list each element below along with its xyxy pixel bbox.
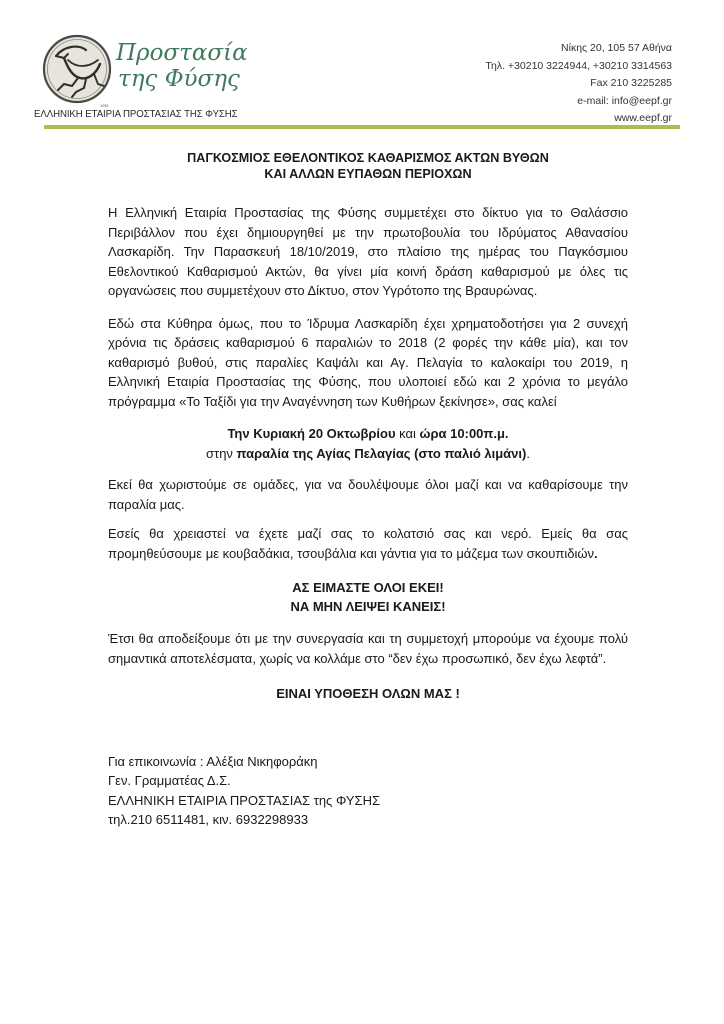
paragraph-intro: Η Ελληνική Εταιρία Προστασίας της Φύσης …	[108, 203, 628, 301]
event-at: στην	[206, 446, 237, 461]
slogan-line1: ΑΣ ΕΙΜΑΣΤΕ ΟΛΟΙ ΕΚΕΙ!	[108, 578, 628, 597]
contact-info: Νίκης 20, 105 57 Αθήνα Τηλ. +30210 32249…	[485, 40, 672, 128]
slogan-line2: ΝΑ ΜΗΝ ΛΕΙΨΕΙ ΚΑΝΕΙΣ!	[108, 597, 628, 616]
event-and: και	[396, 426, 420, 441]
letter-body: ΠΑΓΚΟΣΜΙΟΣ ΕΘΕΛΟΝΤΙΚΟΣ ΚΑΘΑΡΙΣΜΟΣ ΑΚΤΩΝ …	[108, 150, 628, 830]
paragraph-kythera: Εδώ στα Κύθηρα όμως, που το Ίδρυμα Λασκα…	[108, 314, 628, 412]
signature-phones: τηλ.210 6511481, κιν. 6932298933	[108, 810, 628, 830]
letterhead: 1951 Προστασία της Φύσης ΕΛΛΗΝΙΚΗ ΕΤΑΙΡΙ…	[34, 28, 694, 128]
paragraph-supplies: Εσείς θα χρειαστεί να έχετε μαζί σας το …	[108, 524, 628, 563]
supplies-end: .	[594, 546, 598, 561]
document-title: ΠΑΓΚΟΣΜΙΟΣ ΕΘΕΛΟΝΤΙΚΟΣ ΚΑΘΑΡΙΣΜΟΣ ΑΚΤΩΝ …	[108, 150, 628, 182]
event-details: Την Κυριακή 20 Οκτωβρίου και ώρα 10:00π.…	[108, 424, 628, 463]
signature-contact: Για επικοινωνία : Αλέξια Νικηφοράκη	[108, 752, 628, 772]
signature-block: Για επικοινωνία : Αλέξια Νικηφοράκη Γεν.…	[108, 752, 628, 830]
ibex-emblem-icon	[42, 34, 112, 104]
signature-role: Γεν. Γραμματέας Δ.Σ.	[108, 771, 628, 791]
address: Νίκης 20, 105 57 Αθήνα	[485, 40, 672, 58]
email-link[interactable]: e-mail: info@eepf.gr	[485, 93, 672, 111]
fax: Fax 210 3225285	[485, 75, 672, 93]
event-time: ώρα 10:00π.μ.	[420, 426, 509, 441]
closing-statement: ΕΙΝΑΙ ΥΠΟΘΕΣΗ ΟΛΩΝ ΜΑΣ !	[108, 684, 628, 704]
paragraph-groups: Εκεί θα χωριστούμε σε ομάδες, για να δου…	[108, 475, 628, 514]
logo-title-line2: της Φύσης	[116, 66, 248, 92]
slogan: ΑΣ ΕΙΜΑΣΤΕ ΟΛΟΙ ΕΚΕΙ! ΝΑ ΜΗΝ ΛΕΙΨΕΙ ΚΑΝΕ…	[108, 578, 628, 616]
title-line2: ΚΑΙ ΑΛΛΩΝ ΕΥΠΑΘΩΝ ΠΕΡΙΟΧΩΝ	[108, 166, 628, 182]
event-date: Την Κυριακή 20 Οκτωβρίου	[227, 426, 395, 441]
event-end: .	[526, 446, 530, 461]
document-page: 1951 Προστασία της Φύσης ΕΛΛΗΝΙΚΗ ΕΤΑΙΡΙ…	[0, 0, 724, 1024]
logo-wordmark: Προστασία της Φύσης	[116, 40, 248, 92]
signature-org: ΕΛΛΗΝΙΚΗ ΕΤΑΙΡΙΑ ΠΡΟΣΤΑΣΙΑΣ της ΦΥΣΗΣ	[108, 791, 628, 811]
phone: Τηλ. +30210 3224944, +30210 3314563	[485, 58, 672, 76]
title-line1: ΠΑΓΚΟΣΜΙΟΣ ΕΘΕΛΟΝΤΙΚΟΣ ΚΑΘΑΡΙΣΜΟΣ ΑΚΤΩΝ …	[108, 150, 628, 166]
logo-title-line1: Προστασία	[116, 40, 248, 66]
supplies-text: Εσείς θα χρειαστεί να έχετε μαζί σας το …	[108, 526, 628, 561]
paragraph-conclusion: Έτσι θα αποδείξουμε ότι με την συνεργασί…	[108, 629, 628, 668]
event-place: παραλία της Αγίας Πελαγίας (στο παλιό λι…	[237, 446, 527, 461]
header-divider	[44, 125, 680, 129]
organization-name: ΕΛΛΗΝΙΚΗ ΕΤΑΙΡΙΑ ΠΡΟΣΤΑΣΙΑΣ ΤΗΣ ΦΥΣΗΣ	[34, 108, 238, 120]
